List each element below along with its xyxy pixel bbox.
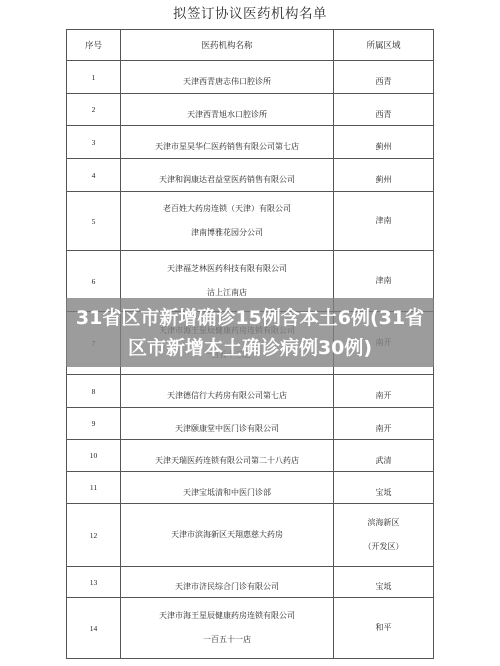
headline-banner: 31省区市新增确诊15例含本土6例(31省区市新增本土确诊病例30例): [66, 298, 434, 367]
name-line: 天津市济民综合门诊有限公司: [121, 581, 333, 593]
row-no: 14: [67, 598, 121, 659]
row-name: 天津市滨海新区天翔惠慈大药房: [121, 504, 334, 567]
area-line: 滨海新区: [334, 517, 433, 529]
row-area: 蓟州: [334, 159, 434, 192]
name-line: 天津西青唐志伟口腔诊所: [121, 76, 333, 88]
row-name: 天津市星昊华仁医药销售有限公司第七店: [121, 126, 334, 159]
name-line: 天津市滨海新区天翔惠慈大药房: [121, 529, 333, 541]
name-line: 天津和润康达君益堂医药销售有限公司: [121, 174, 333, 186]
table-row: 14 天津市海王星辰健康药房连锁有限公司 一百五十一店 和平: [67, 598, 434, 659]
table-row: 3 天津市星昊华仁医药销售有限公司第七店 蓟州: [67, 126, 434, 159]
row-no: 1: [67, 61, 121, 94]
row-no: 8: [67, 375, 121, 408]
row-area: 和平: [334, 598, 434, 659]
header-no: 序号: [67, 30, 121, 61]
area-line: 蓟州: [334, 174, 433, 186]
row-area: 西青: [334, 61, 434, 94]
area-line: 津南: [334, 215, 433, 227]
area-line: （开发区）: [334, 541, 433, 553]
table-row: 8 天津德信行大药房有限公司第七店 南开: [67, 375, 434, 408]
row-no: 5: [67, 192, 121, 251]
row-name: 老百姓大药房连锁（天津）有限公司 津南博雅花园分公司: [121, 192, 334, 251]
table-row: 4 天津和润康达君益堂医药销售有限公司 蓟州: [67, 159, 434, 192]
name-line: 津南博雅花园分公司: [121, 227, 333, 239]
row-name: 天津市济民综合门诊有限公司: [121, 567, 334, 598]
table-row: 11 天津宝坻清和中医门诊部 宝坻: [67, 472, 434, 504]
area-line: 和平: [334, 622, 433, 634]
table-row: 13 天津市济民综合门诊有限公司 宝坻: [67, 567, 434, 598]
row-no: 2: [67, 94, 121, 126]
name-line: 天津福芝林医药科技有限有限公司: [121, 263, 333, 275]
table-row: 1 天津西青唐志伟口腔诊所 西青: [67, 61, 434, 94]
row-name: 天津西青旭水口腔诊所: [121, 94, 334, 126]
name-line: 天津宝坻清和中医门诊部: [121, 487, 333, 499]
area-line: 西青: [334, 109, 433, 121]
row-name: 天津和润康达君益堂医药销售有限公司: [121, 159, 334, 192]
area-line: 武清: [334, 455, 433, 467]
row-area: 滨海新区 （开发区）: [334, 504, 434, 567]
area-line: 南开: [334, 390, 433, 402]
row-name: 天津西青唐志伟口腔诊所: [121, 61, 334, 94]
row-name: 天津天瑞医药连锁有限公司第二十八药店: [121, 440, 334, 472]
table-row: 10 天津天瑞医药连锁有限公司第二十八药店 武清: [67, 440, 434, 472]
header-name: 医药机构名称: [121, 30, 334, 61]
header-area: 所属区域: [334, 30, 434, 61]
table-row: 2 天津西青旭水口腔诊所 西青: [67, 94, 434, 126]
row-name: 天津德信行大药房有限公司第七店: [121, 375, 334, 408]
row-no: 9: [67, 408, 121, 440]
table-row: 12 天津市滨海新区天翔惠慈大药房 滨海新区 （开发区）: [67, 504, 434, 567]
area-line: 蓟州: [334, 141, 433, 153]
row-area: 宝坻: [334, 567, 434, 598]
row-area: 西青: [334, 94, 434, 126]
row-area: 南开: [334, 375, 434, 408]
document-title: 拟签订协议医药机构名单: [0, 2, 500, 22]
table-row: 9 天津颐康堂中医门诊有限公司 南开: [67, 408, 434, 440]
row-no: 10: [67, 440, 121, 472]
name-line: 一百五十一店: [121, 634, 333, 646]
area-line: 西青: [334, 76, 433, 88]
area-line: 宝坻: [334, 487, 433, 499]
row-area: 蓟州: [334, 126, 434, 159]
table-row: 5 老百姓大药房连锁（天津）有限公司 津南博雅花园分公司 津南: [67, 192, 434, 251]
name-line: 天津市星昊华仁医药销售有限公司第七店: [121, 141, 333, 153]
name-line: 天津西青旭水口腔诊所: [121, 109, 333, 121]
row-no: 13: [67, 567, 121, 598]
area-line: 南开: [334, 423, 433, 435]
headline-text: 31省区市新增确诊15例含本土6例(31省区市新增本土确诊病例30例): [75, 303, 425, 363]
row-no: 12: [67, 504, 121, 567]
row-area: 津南: [334, 192, 434, 251]
row-name: 天津市海王星辰健康药房连锁有限公司 一百五十一店: [121, 598, 334, 659]
row-no: 11: [67, 472, 121, 504]
name-line: 天津德信行大药房有限公司第七店: [121, 390, 333, 402]
area-line: 宝坻: [334, 581, 433, 593]
row-no: 3: [67, 126, 121, 159]
row-no: 4: [67, 159, 121, 192]
row-name: 天津宝坻清和中医门诊部: [121, 472, 334, 504]
name-line: 老百姓大药房连锁（天津）有限公司: [121, 203, 333, 215]
name-line: 天津天瑞医药连锁有限公司第二十八药店: [121, 455, 333, 467]
name-line: 天津市海王星辰健康药房连锁有限公司: [121, 610, 333, 622]
name-line: 天津颐康堂中医门诊有限公司: [121, 423, 333, 435]
table-header-row: 序号 医药机构名称 所属区域: [67, 30, 434, 61]
row-area: 武清: [334, 440, 434, 472]
row-name: 天津颐康堂中医门诊有限公司: [121, 408, 334, 440]
row-area: 南开: [334, 408, 434, 440]
row-area: 宝坻: [334, 472, 434, 504]
area-line: 津南: [334, 275, 433, 287]
